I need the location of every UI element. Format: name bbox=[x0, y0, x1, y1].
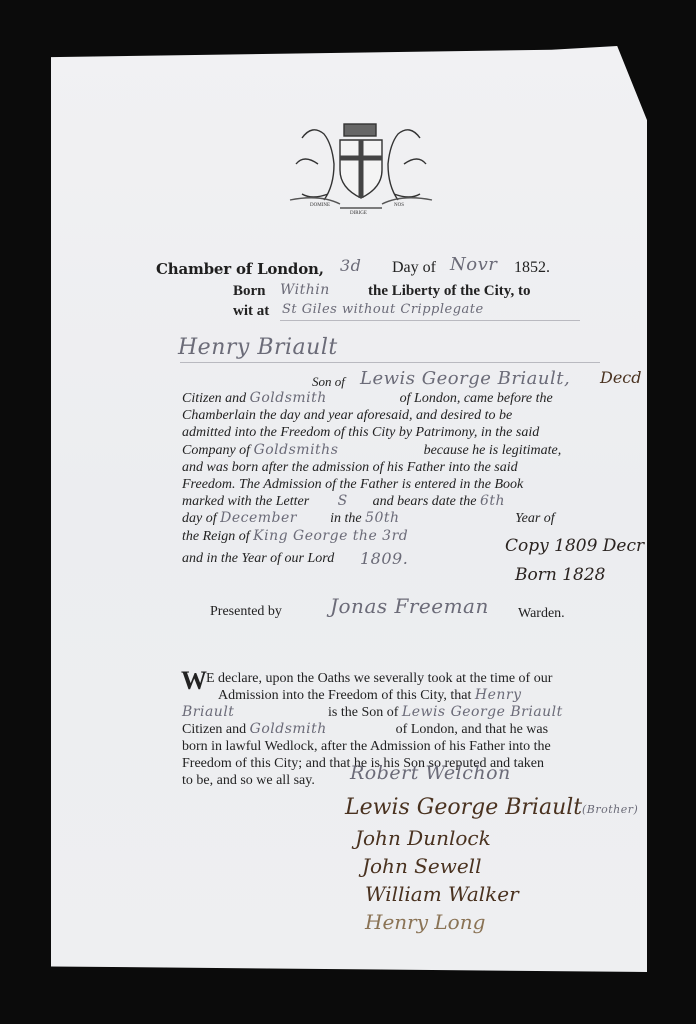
declaration-line-4: Citizen and Goldsmithof London, and that… bbox=[182, 721, 563, 738]
warden-label: Warden. bbox=[518, 606, 565, 622]
margin-note-copy: Copy 1809 Decr bbox=[505, 536, 644, 556]
father-name: Lewis George Briault, bbox=[360, 368, 570, 389]
signature-3: John Dunlock bbox=[355, 826, 491, 850]
deceased-annotation: Decd bbox=[600, 368, 642, 387]
month-value: Novr bbox=[450, 254, 497, 275]
signature-4: John Sewell bbox=[362, 854, 481, 878]
margin-note-born: Born 1828 bbox=[515, 565, 605, 585]
declaration-line-2: Admission into the Freedom of this City,… bbox=[182, 687, 563, 704]
place-value: St Giles without Cripplegate bbox=[282, 302, 484, 317]
document-title: Chamber of London, bbox=[156, 260, 324, 278]
signature-2-note: (Brother) bbox=[582, 803, 638, 816]
son-of-label: Son of bbox=[312, 374, 345, 390]
name-rule bbox=[180, 362, 600, 363]
body-line-1: Citizen and Goldsmithof London, came bef… bbox=[182, 390, 561, 407]
applicant-name: Henry Briault bbox=[178, 335, 338, 360]
signature-5: William Walker bbox=[365, 882, 519, 906]
place-rule bbox=[280, 320, 580, 321]
signature-1: Robert Welchon bbox=[350, 762, 511, 784]
svg-text:DOMINE: DOMINE bbox=[310, 203, 330, 208]
body-line-7: marked with the Letter Sand bears date t… bbox=[182, 493, 561, 510]
wit-label: wit at bbox=[233, 303, 269, 320]
warden-signature: Jonas Freeman bbox=[330, 594, 489, 618]
born-label: Born bbox=[233, 283, 266, 300]
body-paragraph: Citizen and Goldsmithof London, came bef… bbox=[182, 390, 561, 545]
body-line-3: admitted into the Freedom of this City b… bbox=[182, 424, 561, 441]
presented-by-label: Presented by bbox=[210, 604, 282, 620]
day-label: Day of bbox=[392, 259, 436, 277]
svg-text:NOS: NOS bbox=[394, 203, 404, 208]
liberty-label: the Liberty of the City, to bbox=[368, 283, 530, 300]
signature-2: Lewis George Briault bbox=[345, 795, 582, 820]
body-line-2: Chamberlain the day and year aforesaid, … bbox=[182, 407, 561, 424]
year-of-lord-value: 1809. bbox=[360, 549, 408, 568]
city-of-london-crest-icon: DOMINE DIRIGE NOS bbox=[282, 118, 440, 218]
declaration-line-1: E declare, upon the Oaths we severally t… bbox=[182, 670, 563, 687]
year-of-lord-label: and in the Year of our Lord bbox=[182, 551, 334, 567]
declaration-line-3: Briaultis the Son of Lewis George Briaul… bbox=[182, 704, 563, 721]
declaration-line-5: born in lawful Wedlock, after the Admiss… bbox=[182, 738, 563, 755]
day-value: 3d bbox=[340, 256, 361, 275]
body-line-6: Freedom. The Admission of the Father is … bbox=[182, 476, 561, 493]
signature-6: Henry Long bbox=[365, 910, 485, 934]
born-value: Within bbox=[280, 282, 330, 298]
body-line-4: Company of Goldsmithsbecause he is legit… bbox=[182, 442, 561, 459]
year-value: 1852. bbox=[514, 259, 550, 277]
body-line-5: and was born after the admission of his … bbox=[182, 459, 561, 476]
svg-text:DIRIGE: DIRIGE bbox=[350, 211, 367, 216]
body-line-8: day of Decemberin the 50thYear of bbox=[182, 510, 561, 527]
